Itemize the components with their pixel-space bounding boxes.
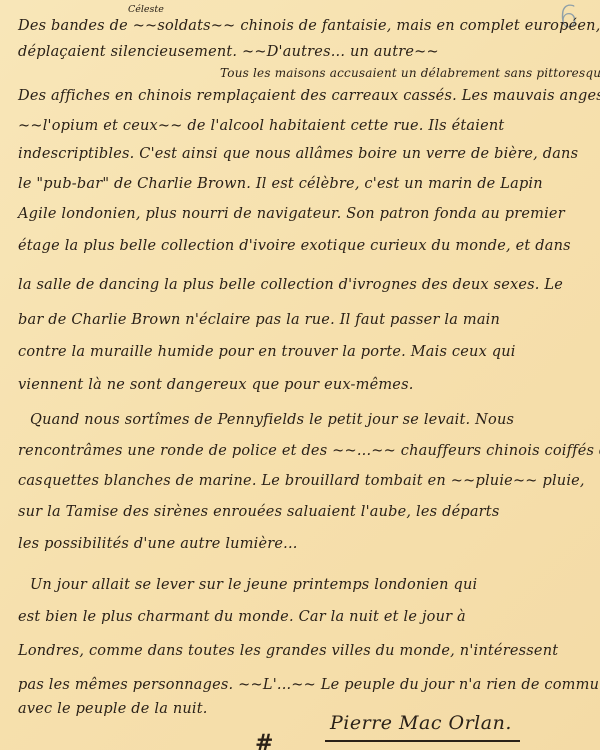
manuscript-page: 6 Céleste Des bandes de ~~soldats~~ chin… (0, 0, 600, 750)
signature-underline (325, 740, 520, 742)
manuscript-line: viennent là ne sont dangereux que pour e… (18, 377, 580, 393)
hash-mark-icon: # (255, 730, 273, 750)
manuscript-line: ~~l'opium et ceux~~ de l'alcool habitaie… (18, 118, 580, 134)
manuscript-line: la salle de dancing la plus belle collec… (18, 277, 580, 293)
insertion-celeste: Céleste (128, 4, 164, 15)
manuscript-line: contre la muraille humide pour en trouve… (18, 344, 580, 360)
manuscript-line: Des affiches en chinois remplaçaient des… (18, 88, 580, 104)
manuscript-line: bar de Charlie Brown n'éclaire pas la ru… (18, 312, 580, 328)
manuscript-line: étage la plus belle collection d'ivoire … (18, 238, 580, 254)
manuscript-line: le "pub-bar" de Charlie Brown. Il est cé… (18, 176, 580, 192)
signature: Pierre Mac Orlan. (330, 712, 512, 734)
manuscript-line: déplaçaient silencieusement. ~~D'autres.… (18, 44, 580, 60)
manuscript-line: Londres, comme dans toutes les grandes v… (18, 643, 580, 659)
manuscript-line: sur la Tamise des sirènes enrouées salua… (18, 504, 580, 520)
manuscript-line: Quand nous sortîmes de Pennyfields le pe… (30, 412, 580, 428)
manuscript-line: indescriptibles. C'est ainsi que nous al… (18, 146, 580, 162)
manuscript-line: rencontrâmes une ronde de police et des … (18, 443, 580, 459)
manuscript-line: casquettes blanches de marine. Le brouil… (18, 473, 580, 489)
manuscript-line: Un jour allait se lever sur le jeune pri… (30, 577, 580, 593)
manuscript-line: Des bandes de ~~soldats~~ chinois de fan… (18, 18, 580, 34)
manuscript-line: les possibilités d'une autre lumière... (18, 536, 580, 552)
manuscript-line-inserted: Tous les maisons accusaient un délabreme… (220, 66, 580, 80)
manuscript-line: Agile londonien, plus nourri de navigate… (18, 206, 580, 222)
manuscript-line: est bien le plus charmant du monde. Car … (18, 609, 580, 625)
manuscript-line: pas les mêmes personnages. ~~L'...~~ Le … (18, 677, 580, 693)
